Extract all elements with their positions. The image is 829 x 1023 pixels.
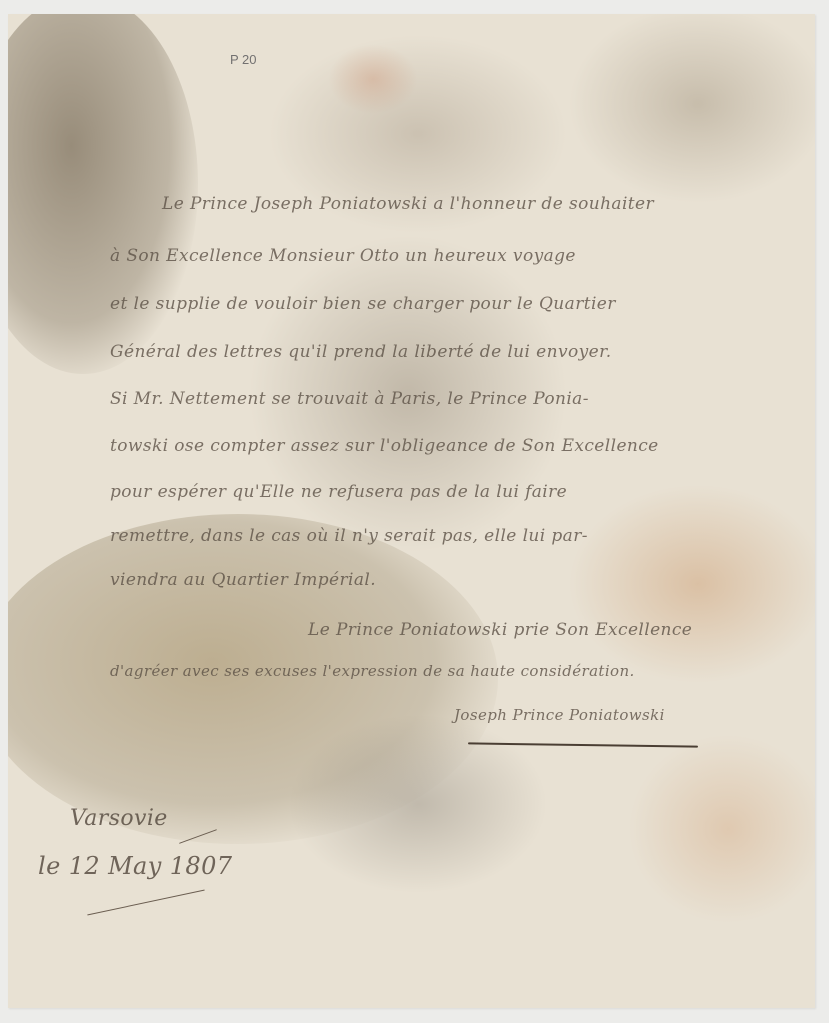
- rust-stain-right: [568, 484, 815, 684]
- letter-line: à Son Excellence Monsieur Otto un heureu…: [110, 246, 576, 266]
- rust-stain-top: [328, 44, 418, 114]
- mold-stain-bottom-center: [288, 714, 548, 894]
- letter-line: remettre, dans le cas où il n'y serait p…: [110, 526, 588, 546]
- letter-date: le 12 May 1807: [38, 852, 232, 880]
- letter-line: Si Mr. Nettement se trouvait à Paris, le…: [110, 389, 589, 409]
- letter-line: d'agréer avec ses excuses l'expression d…: [110, 662, 635, 680]
- signature: Joseph Prince Poniatowski: [454, 706, 665, 724]
- archive-mark: P 20: [230, 52, 257, 67]
- letter-page: P 20 Le Prince Joseph Poniatowski a l'ho…: [8, 14, 815, 1008]
- mold-stain-top-right: [568, 14, 815, 204]
- place-flourish: [179, 829, 217, 844]
- date-flourish: [87, 890, 205, 916]
- signature-underline: [468, 742, 698, 747]
- letter-line: pour espérer qu'Elle ne refusera pas de …: [110, 482, 567, 502]
- letter-line: Le Prince Poniatowski prie Son Excellenc…: [308, 620, 692, 640]
- letter-line: Général des lettres qu'il prend la liber…: [110, 342, 612, 362]
- place-of-writing: Varsovie: [70, 806, 168, 831]
- rust-stain-lower-right: [628, 734, 815, 924]
- letter-line: towski ose compter assez sur l'obligeanc…: [110, 436, 659, 456]
- letter-line: viendra au Quartier Impérial.: [110, 570, 376, 590]
- letter-line: et le supplie de vouloir bien se charger…: [110, 294, 616, 314]
- letter-line: Le Prince Joseph Poniatowski a l'honneur…: [162, 194, 654, 214]
